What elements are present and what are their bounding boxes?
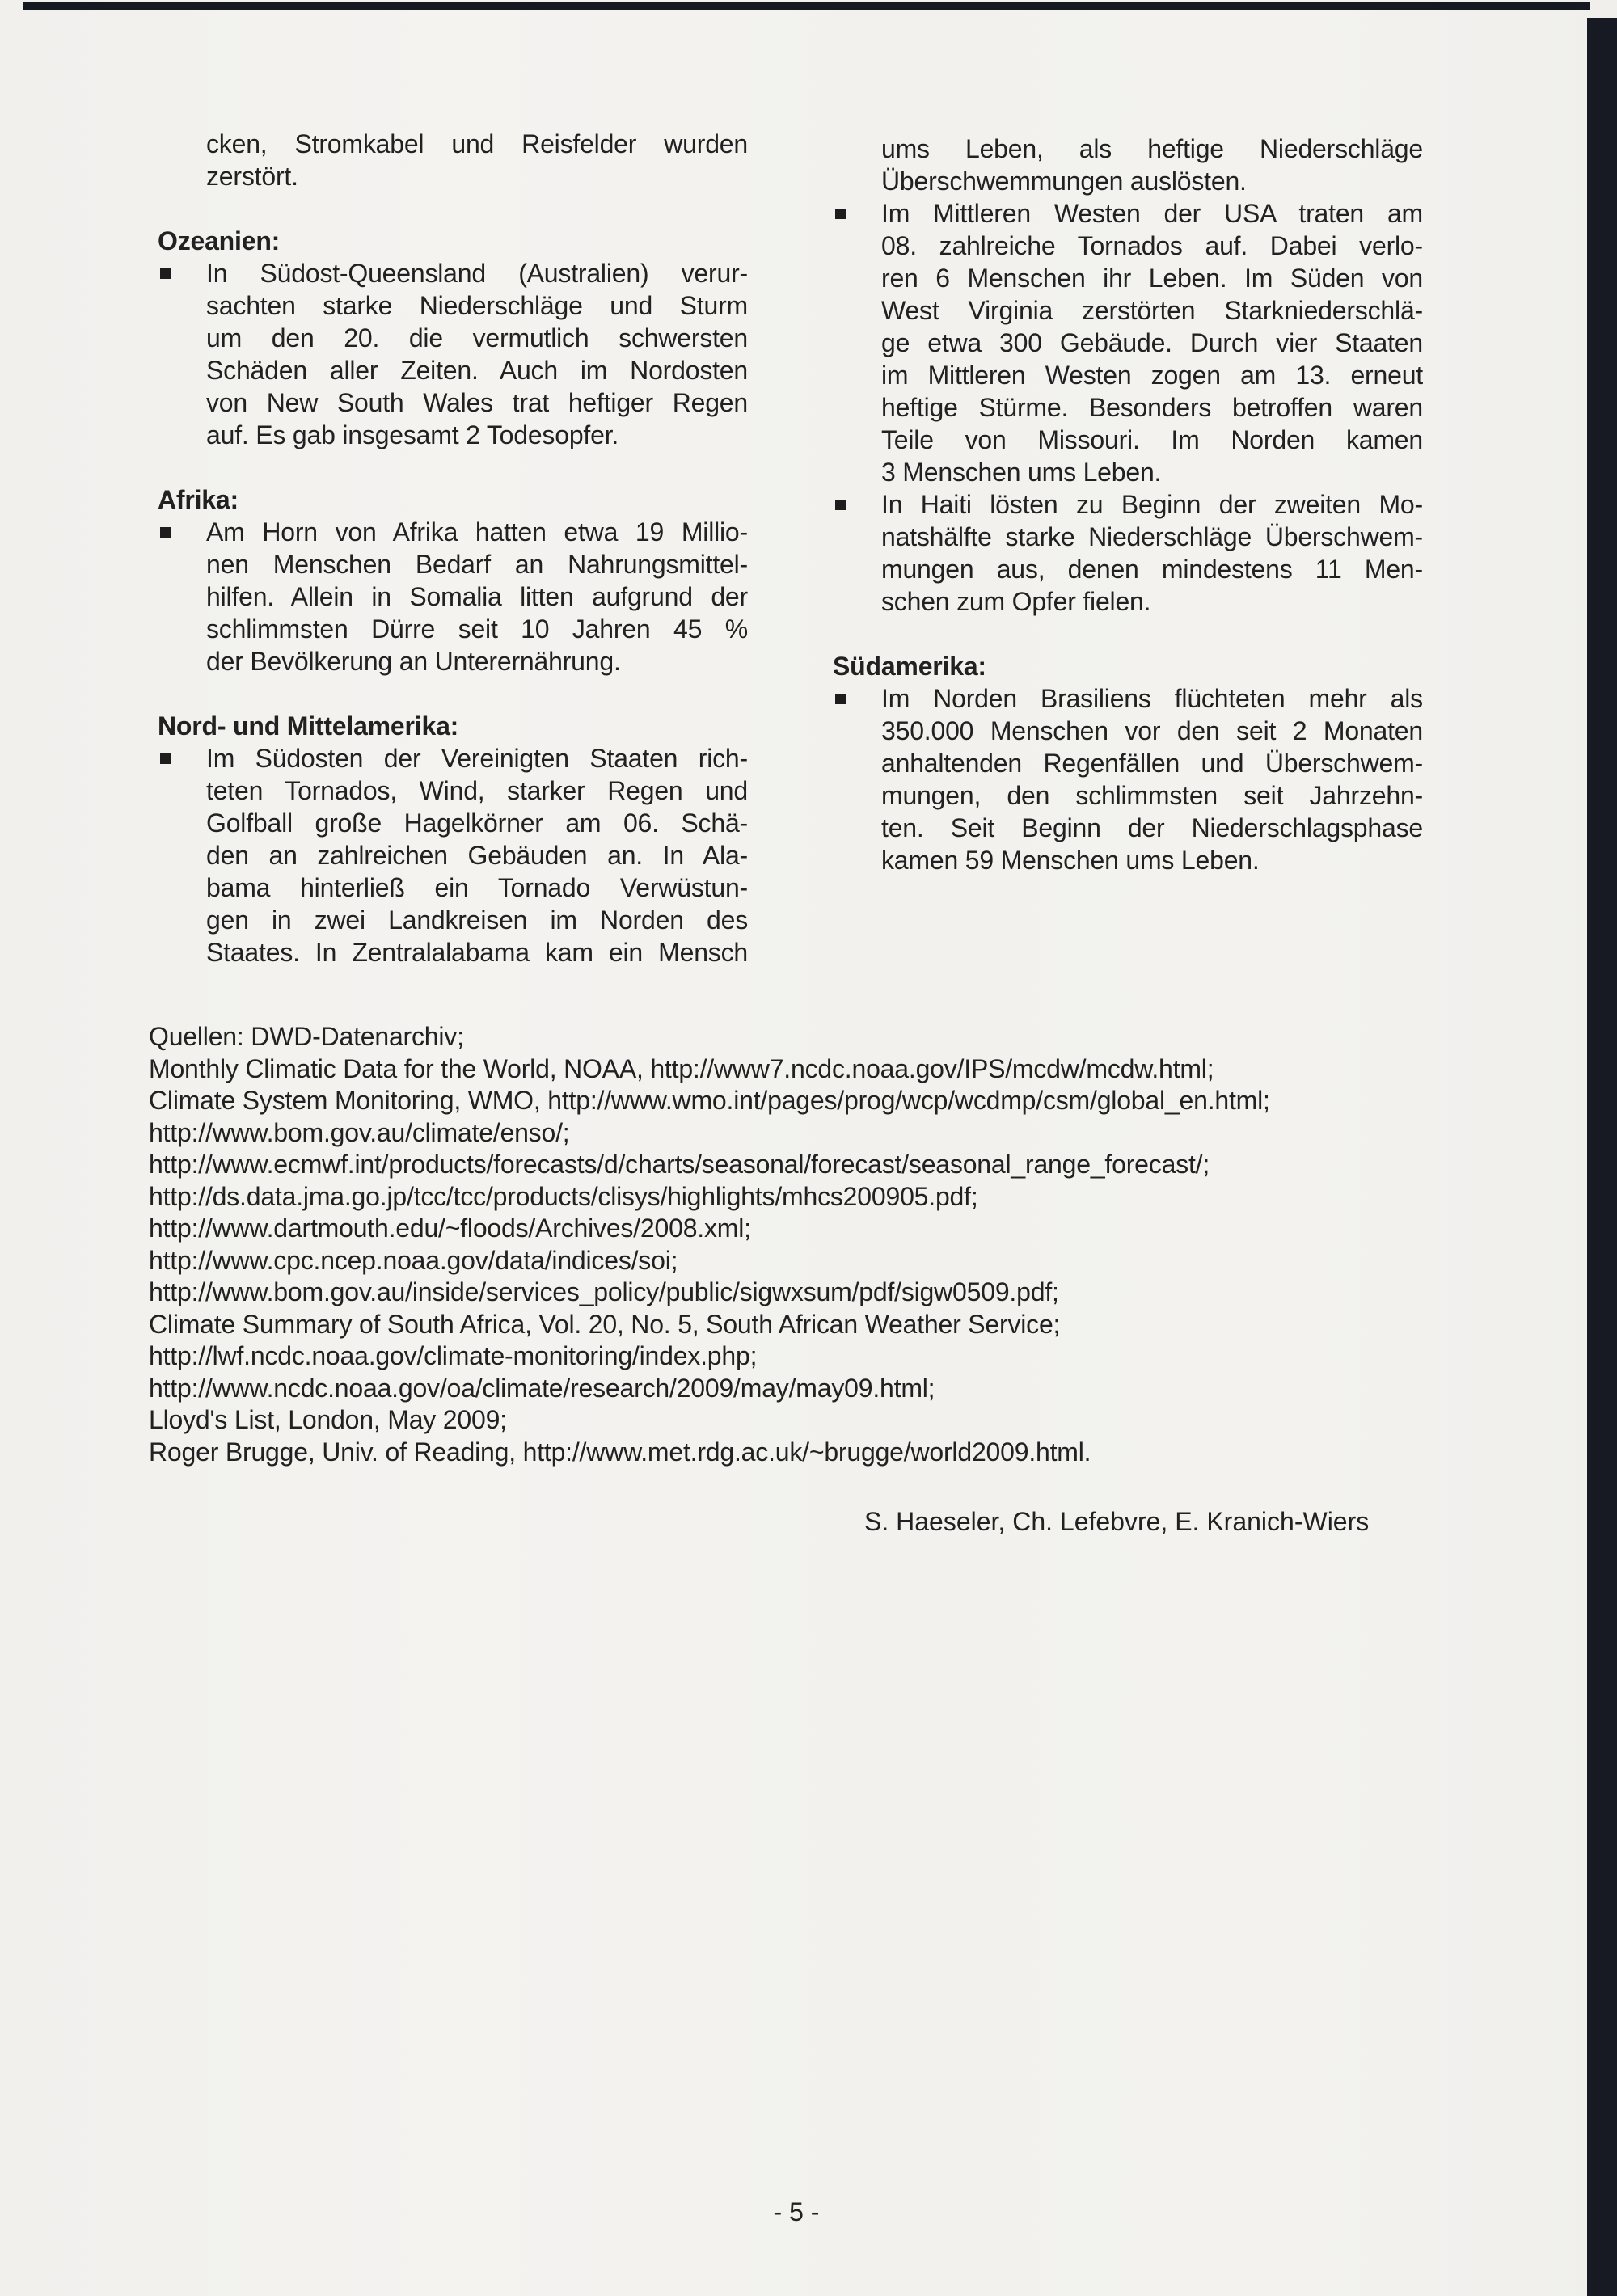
- bullet-item: Im Südosten der Vereinigten Staaten rich…: [158, 742, 748, 969]
- text-line: Schäden aller Zeiten. Auch im Nordosten: [206, 354, 748, 386]
- text-line: Am Horn von Afrika hatten etwa 19 Millio…: [206, 516, 748, 548]
- text-line: anhaltenden Regenfällen und Überschwem-: [881, 747, 1423, 779]
- source-line: Quellen: DWD-Datenarchiv;: [149, 1021, 1483, 1053]
- section-heading: Ozeanien:: [158, 225, 748, 257]
- text-line: 350.000 Menschen vor den seit 2 Monaten: [881, 715, 1423, 747]
- text-line: Im Südosten der Vereinigten Staaten rich…: [206, 742, 748, 774]
- source-line: Roger Brugge, Univ. of Reading, http://w…: [149, 1437, 1483, 1469]
- signature-line: S. Haeseler, Ch. Lefebvre, E. Kranich-Wi…: [864, 1505, 1369, 1538]
- text-line: ren 6 Menschen ihr Leben. Im Süden von: [881, 262, 1423, 294]
- text-line: schen zum Opfer fielen.: [881, 585, 1423, 618]
- text-line: ten. Seit Beginn der Niederschlagsphase: [881, 812, 1423, 844]
- source-line: http://www.ncdc.noaa.gov/oa/climate/rese…: [149, 1373, 1483, 1405]
- text-line: In Südost-Queensland (Australien) verur-: [206, 257, 748, 289]
- bullet-square-icon: [160, 268, 171, 279]
- text-line: Golfball große Hagelkörner am 06. Schä-: [206, 807, 748, 839]
- source-line: Monthly Climatic Data for the World, NOA…: [149, 1053, 1483, 1086]
- text-line: auf. Es gab insgesamt 2 Todesopfer.: [206, 419, 748, 451]
- text-line: schlimmsten Dürre seit 10 Jahren 45 %: [206, 613, 748, 645]
- bullet-square-icon: [835, 500, 846, 510]
- text-line: von New South Wales trat heftiger Regen: [206, 386, 748, 419]
- scan-edge-right: [1587, 18, 1617, 2296]
- scan-edge-top: [23, 2, 1590, 10]
- text-line: Im Norden Brasiliens flüchteten mehr als: [881, 682, 1423, 715]
- text-line: den an zahlreichen Gebäuden an. In Ala-: [206, 839, 748, 872]
- bullet-item: In Südost-Queensland (Australien) verur-…: [158, 257, 748, 451]
- paragraph-continuation: ums Leben, als heftige NiederschlägeÜber…: [833, 133, 1423, 197]
- text-line: zerstört.: [206, 160, 748, 192]
- source-line: http://lwf.ncdc.noaa.gov/climate-monitor…: [149, 1340, 1483, 1373]
- bullet-item: Im Mittleren Westen der USA traten am08.…: [833, 197, 1423, 488]
- text-line: mungen, den schlimmsten seit Jahrzehn-: [881, 779, 1423, 812]
- scanned-document-page: cken, Stromkabel und Reisfelder wurdenze…: [0, 0, 1617, 2296]
- text-line: natshälfte starke Niederschläge Überschw…: [881, 521, 1423, 553]
- text-line: um den 20. die vermutlich schwersten: [206, 322, 748, 354]
- text-line: heftige Stürme. Besonders betroffen ware…: [881, 391, 1423, 424]
- source-line: Lloyd's List, London, May 2009;: [149, 1404, 1483, 1437]
- text-line: mungen aus, denen mindestens 11 Men-: [881, 553, 1423, 585]
- text-line: teten Tornados, Wind, starker Regen und: [206, 774, 748, 807]
- text-line: 08. zahlreiche Tornados auf. Dabei verlo…: [881, 230, 1423, 262]
- bullet-square-icon: [835, 209, 846, 219]
- bullet-square-icon: [160, 753, 171, 764]
- text-line: In Haiti lösten zu Beginn der zweiten Mo…: [881, 488, 1423, 521]
- section-heading: Afrika:: [158, 483, 748, 516]
- source-line: http://ds.data.jma.go.jp/tcc/tcc/product…: [149, 1181, 1483, 1213]
- text-line: hilfen. Allein in Somalia litten aufgrun…: [206, 580, 748, 613]
- column-left: cken, Stromkabel und Reisfelder wurdenze…: [158, 128, 748, 969]
- text-line: Überschwemmungen auslösten.: [881, 165, 1423, 197]
- source-line: http://www.ecmwf.int/products/forecasts/…: [149, 1149, 1483, 1181]
- sources-block: Quellen: DWD-Datenarchiv;Monthly Climati…: [149, 1021, 1483, 1468]
- text-line: Staates. In Zentralalabama kam ein Mensc…: [206, 936, 748, 969]
- source-line: http://www.cpc.ncep.noaa.gov/data/indice…: [149, 1245, 1483, 1277]
- source-line: http://www.bom.gov.au/inside/services_po…: [149, 1277, 1483, 1309]
- bullet-item: In Haiti lösten zu Beginn der zweiten Mo…: [833, 488, 1423, 618]
- text-line: cken, Stromkabel und Reisfelder wurden: [206, 128, 748, 160]
- text-line: Im Mittleren Westen der USA traten am: [881, 197, 1423, 230]
- text-line: bama hinterließ ein Tornado Verwüstun-: [206, 872, 748, 904]
- bullet-square-icon: [160, 527, 171, 538]
- text-line: im Mittleren Westen zogen am 13. erneut: [881, 359, 1423, 391]
- source-line: Climate Summary of South Africa, Vol. 20…: [149, 1309, 1483, 1341]
- text-line: kamen 59 Menschen ums Leben.: [881, 844, 1423, 876]
- text-line: ge etwa 300 Gebäude. Durch vier Staaten: [881, 327, 1423, 359]
- bullet-square-icon: [835, 694, 846, 704]
- text-line: 3 Menschen ums Leben.: [881, 456, 1423, 488]
- source-line: Climate System Monitoring, WMO, http://w…: [149, 1085, 1483, 1117]
- bullet-item: Im Norden Brasiliens flüchteten mehr als…: [833, 682, 1423, 876]
- source-line: http://www.dartmouth.edu/~floods/Archive…: [149, 1213, 1483, 1245]
- page-number: - 5 -: [0, 2196, 1593, 2228]
- text-line: West Virginia zerstörten Starkniederschl…: [881, 294, 1423, 327]
- text-line: gen in zwei Landkreisen im Norden des: [206, 904, 748, 936]
- text-line: ums Leben, als heftige Niederschläge: [881, 133, 1423, 165]
- text-line: nen Menschen Bedarf an Nahrungsmittel-: [206, 548, 748, 580]
- bullet-item: Am Horn von Afrika hatten etwa 19 Millio…: [158, 516, 748, 677]
- paragraph-continuation: cken, Stromkabel und Reisfelder wurdenze…: [158, 128, 748, 192]
- text-line: sachten starke Niederschläge und Sturm: [206, 289, 748, 322]
- column-right: ums Leben, als heftige NiederschlägeÜber…: [833, 133, 1423, 876]
- section-heading: Nord- und Mittelamerika:: [158, 710, 748, 742]
- section-heading: Südamerika:: [833, 650, 1423, 682]
- text-line: der Bevölkerung an Unterernährung.: [206, 645, 748, 677]
- source-line: http://www.bom.gov.au/climate/enso/;: [149, 1117, 1483, 1150]
- text-line: Teile von Missouri. Im Norden kamen: [881, 424, 1423, 456]
